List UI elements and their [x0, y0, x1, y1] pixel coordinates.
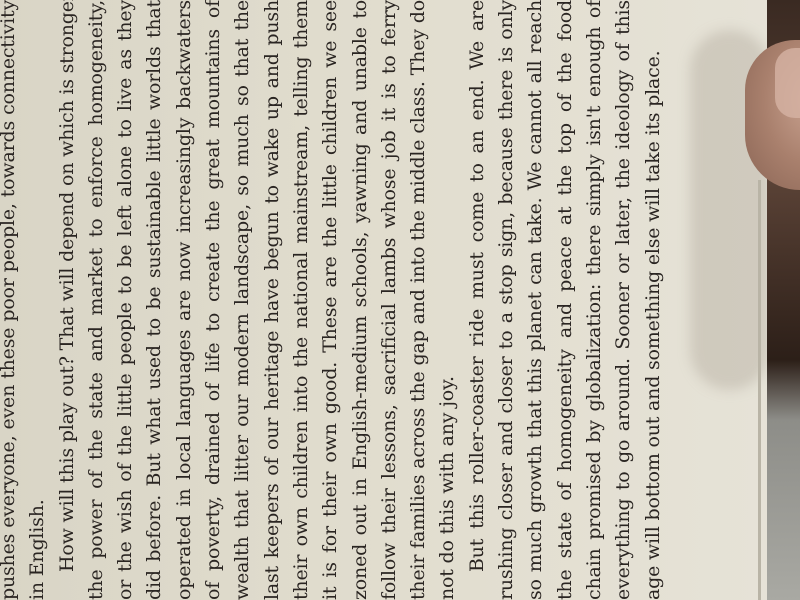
page-edge [758, 180, 761, 600]
text-line: follow their lessons, sacrificial lambs … [375, 0, 404, 600]
text-line: not do this with any joy. [433, 0, 462, 600]
text-line: rushing closer and closer to a stop sign… [492, 0, 521, 600]
text-line: everything to go around. Sooner or later… [609, 0, 638, 600]
text-line: chain promised by globalization: there s… [580, 0, 609, 600]
paragraph-start-line: How will this play out? That will depend… [53, 0, 82, 600]
text-line: it is for their own good. These are the … [316, 0, 345, 600]
text-line: the power of the state and market to enf… [82, 0, 111, 600]
text-line: did before. But what used to be sustaina… [140, 0, 169, 600]
text-line: of poverty, drained of life to create th… [199, 0, 228, 600]
text-line: their own children into the national mai… [287, 0, 316, 600]
text-line: their families across the gap and into t… [404, 0, 433, 600]
text-line: age will bottom out and something else w… [639, 0, 668, 600]
text-line: zoned out in English-medium schools, yaw… [346, 0, 375, 600]
paragraph-start-line: But this roller-coaster ride must come t… [463, 0, 492, 600]
text-line: last keepers of our heritage have begun … [258, 0, 287, 600]
thumbnail-highlight [775, 48, 800, 118]
book-page-text: g system pushes everyone, even these poo… [0, 0, 668, 600]
text-line: operated in local languages are now incr… [170, 0, 199, 600]
text-line: so much growth that this planet can take… [521, 0, 550, 600]
text-line: in English. [23, 0, 52, 600]
text-line: pushes everyone, even these poor people,… [0, 0, 23, 600]
text-line: or the wish of the little people to be l… [111, 0, 140, 600]
text-line: wealth that litter our modern landscape,… [228, 0, 257, 600]
text-line: the state of homogeneity and peace at th… [551, 0, 580, 600]
